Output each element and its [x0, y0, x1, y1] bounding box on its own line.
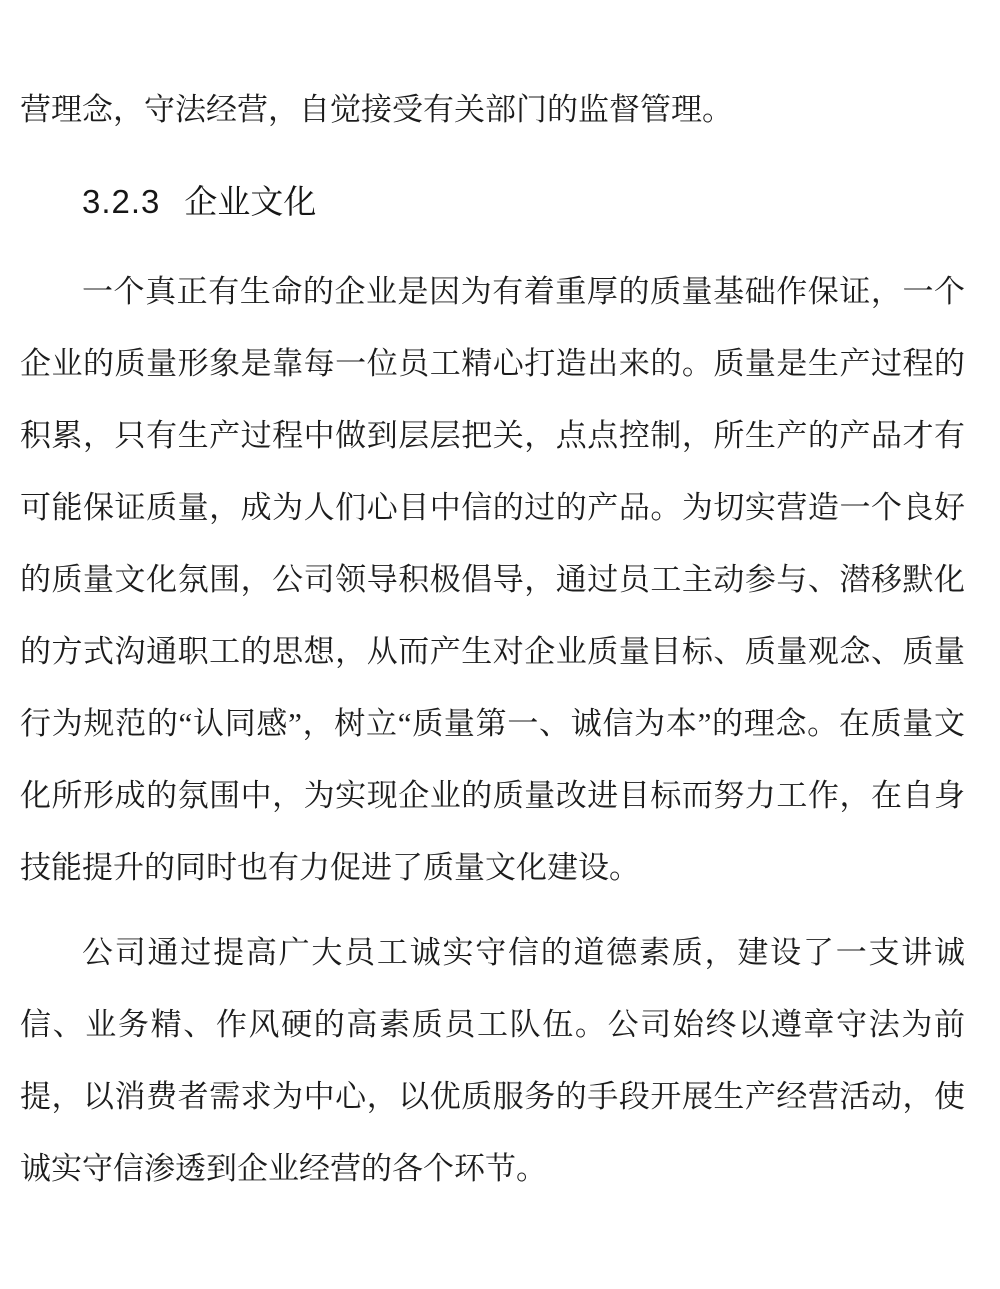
section-heading-title: 企业文化 — [184, 185, 316, 221]
section-heading-number: 3.2.3 — [82, 183, 160, 220]
section-heading: 3.2.3企业文化 — [82, 166, 965, 239]
page-content: 营理念，守法经营，自觉接受有关部门的监督管理。 3.2.3企业文化 一个真正有生… — [0, 0, 1000, 1205]
paragraph-quality-culture: 一个真正有生命的企业是因为有着重厚的质量基础作保证，一个企业的质量形象是靠每一位… — [20, 256, 965, 904]
paragraph-continuation: 营理念，守法经营，自觉接受有关部门的监督管理。 — [20, 74, 965, 146]
paragraph-integrity: 公司通过提高广大员工诚实守信的道德素质，建设了一支讲诚信、业务精、作风硬的高素质… — [20, 917, 965, 1205]
document-page: 营理念，守法经营，自觉接受有关部门的监督管理。 3.2.3企业文化 一个真正有生… — [0, 0, 1000, 1289]
